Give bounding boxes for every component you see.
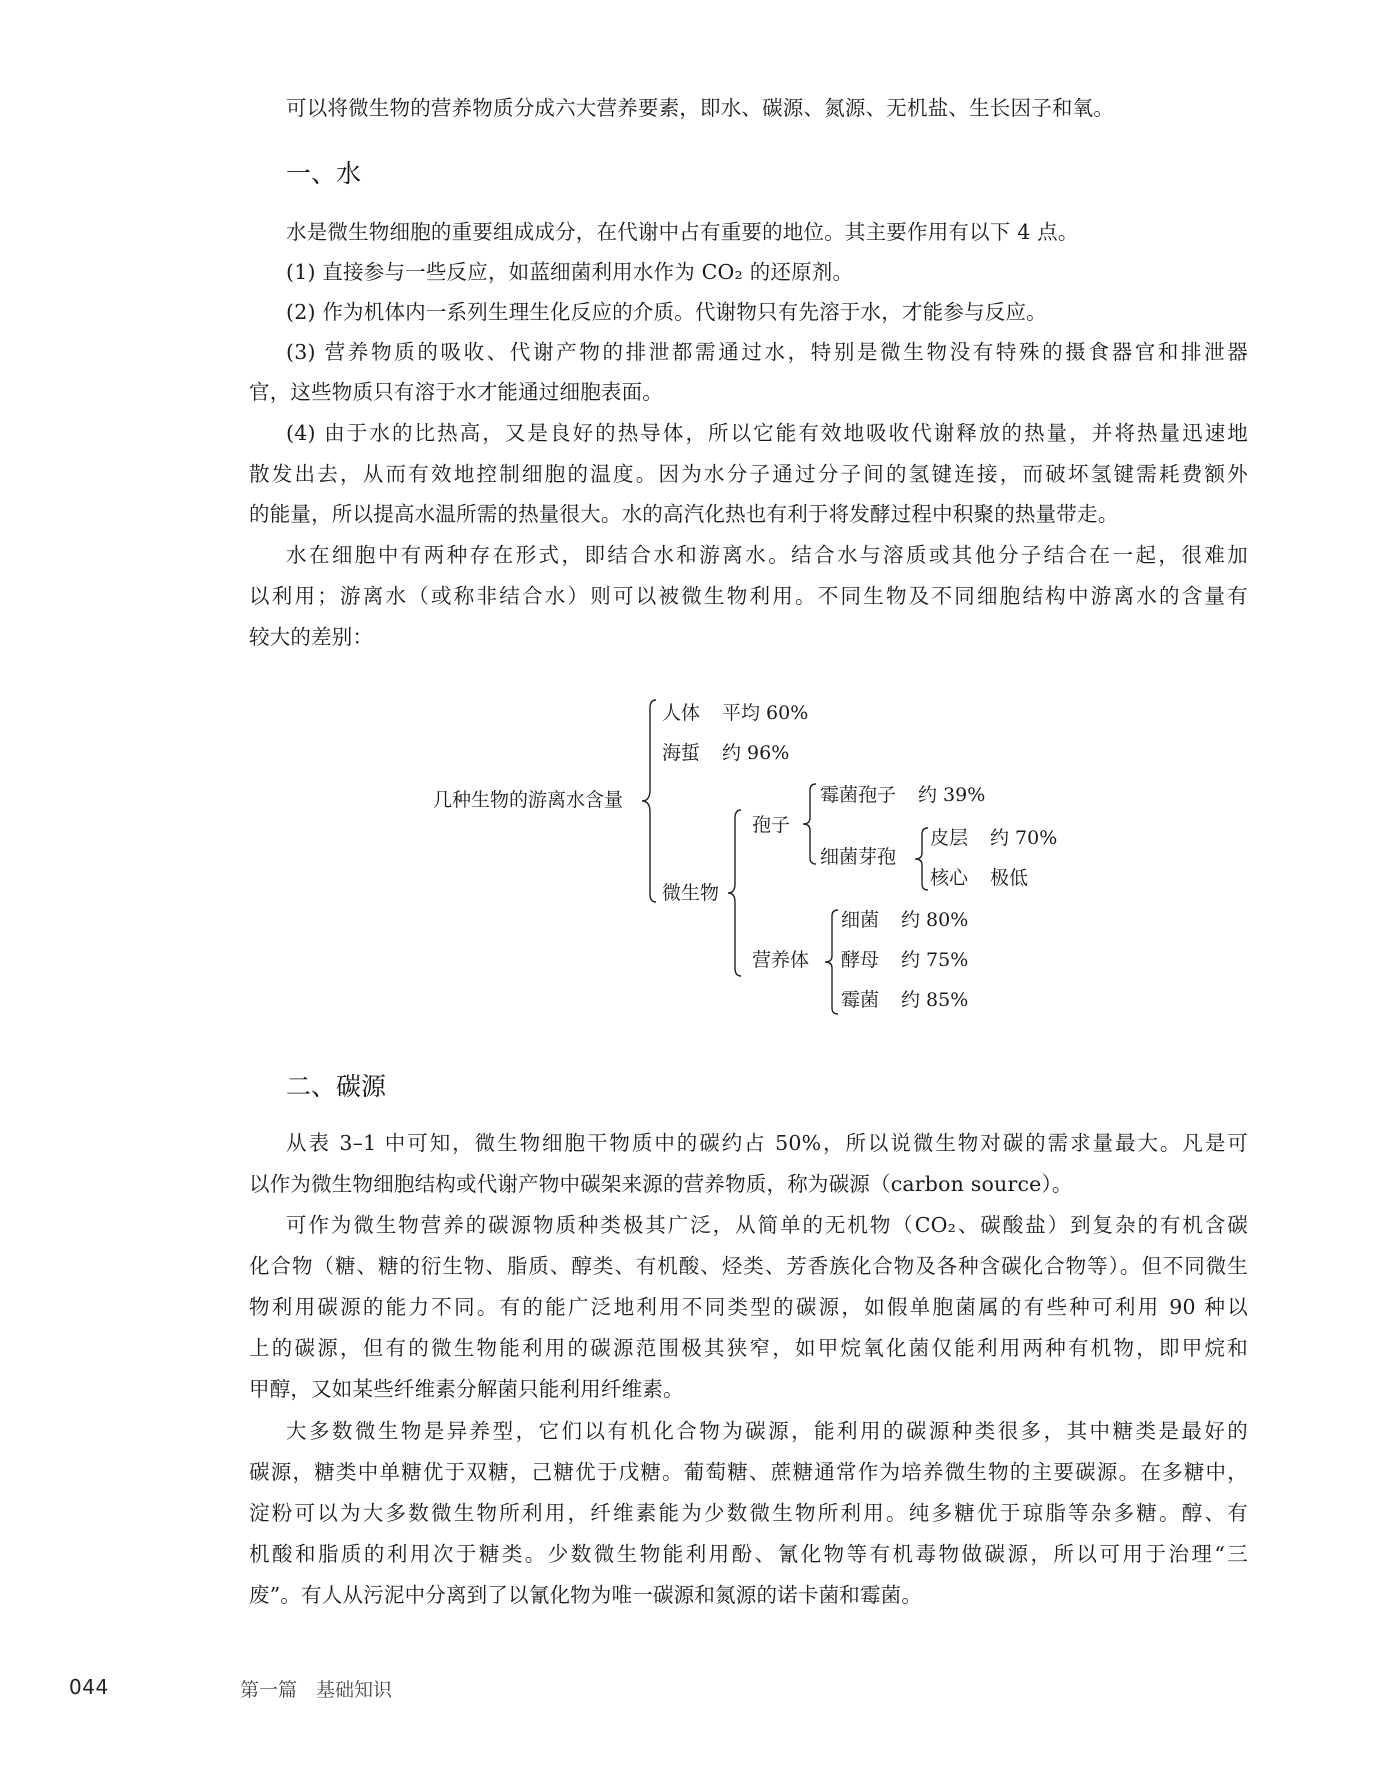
diagram-node-bacterial-spore: 细菌芽孢 (820, 845, 896, 869)
paragraph-line: 上的碳源，但有的微生物能利用的碳源范围极其狭窄，如甲烷氧化菌仅能利用两种有机物，… (249, 1334, 1248, 1362)
page-number: 044 (69, 1675, 109, 1699)
diagram-node-human: 人体平均 60% (662, 701, 808, 725)
diagram-node-mold: 霉菌约 85% (841, 988, 968, 1012)
paragraph-line: 物利用碳源的能力不同。有的能广泛地利用不同类型的碳源，如假单胞菌属的有些种可利用… (249, 1293, 1248, 1321)
paragraph-line: 水是微生物细胞的重要组成成分，在代谢中占有重要的地位。其主要作用有以下 4 点。 (286, 218, 1248, 246)
diagram-node-spore: 孢子 (752, 813, 790, 837)
running-footer-title: 第一篇 基础知识 (240, 1675, 392, 1702)
diagram-node-microbe: 微生物 (662, 881, 719, 905)
list-item-4-cont: 散发出去，从而有效地控制细胞的温度。因为水分子通过分子间的氢键连接，而破坏氢键需… (249, 460, 1248, 488)
paragraph-line: 从表 3–1 中可知，微生物细胞干物质中的碳约占 50%，所以说微生物对碳的需求… (286, 1129, 1248, 1157)
diagram-node-bacteria: 细菌约 80% (841, 908, 968, 932)
paragraph-line: 大多数微生物是异养型，它们以有机化合物为碳源，能利用的碳源种类很多，其中糖类是最… (286, 1417, 1248, 1445)
list-item-2: (2) 作为机体内一系列生理生化反应的介质。代谢物只有先溶于水，才能参与反应。 (286, 298, 1248, 326)
paragraph-line: 甲醇，又如某些纤维素分解菌只能利用纤维素。 (249, 1375, 1248, 1403)
brace-icon (822, 908, 842, 1016)
brace-icon (638, 698, 660, 904)
paragraph-line: 可作为微生物营养的碳源物质种类极其广泛，从简单的无机物（CO₂、碳酸盐）到复杂的… (286, 1211, 1248, 1239)
paragraph-line: 碳源，糖类中单糖优于双糖，己糖优于戊糖。葡萄糖、蔗糖通常作为培养微生物的主要碳源… (249, 1458, 1248, 1486)
brace-icon (912, 826, 932, 892)
diagram-root: 几种生物的游离水含量 (433, 788, 623, 812)
list-item-4-cont: 的能量，所以提高水温所需的热量很大。水的高汽化热也有利于将发酵过程中积聚的热量带… (249, 500, 1248, 528)
list-item-3-cont: 官，这些物质只有溶于水才能通过细胞表面。 (249, 378, 1248, 406)
intro-paragraph: 可以将微生物的营养物质分成六大营养要素，即水、碳源、氮源、无机盐、生长因子和氧。 (286, 94, 1248, 122)
paragraph-line: 以作为微生物细胞结构或代谢产物中碳架来源的营养物质，称为碳源（carbon so… (249, 1170, 1248, 1198)
diagram-node-yeast: 酵母约 75% (841, 948, 968, 972)
brace-icon (800, 782, 820, 866)
diagram-node-mold-spore: 霉菌孢子约 39% (820, 783, 985, 807)
diagram-node-vegetative: 营养体 (752, 948, 809, 972)
paragraph-line: 较大的差别： (249, 623, 1248, 651)
paragraph-line: 水在细胞中有两种存在形式，即结合水和游离水。结合水与溶质或其他分子结合在一起，很… (286, 541, 1248, 569)
diagram-node-cortex: 皮层约 70% (930, 826, 1057, 850)
list-item-1: (1) 直接参与一些反应，如蓝细菌利用水作为 CO₂ 的还原剂。 (286, 258, 1248, 286)
brace-icon (725, 808, 745, 978)
diagram-node-core: 核心极低 (930, 866, 1028, 890)
list-item-3: (3) 营养物质的吸收、代谢产物的排泄都需通过水，特别是微生物没有特殊的摄食器官… (286, 338, 1248, 366)
paragraph-line: 机酸和脂质的利用次于糖类。少数微生物能利用酚、氰化物等有机毒物做碳源，所以可用于… (249, 1540, 1248, 1568)
paragraph-line: 淀粉可以为大多数微生物所利用，纤维素能为少数微生物所利用。纯多糖优于琼脂等杂多糖… (249, 1499, 1248, 1527)
paragraph-line: 废”。有人从污泥中分离到了以氰化物为唯一碳源和氮源的诺卡菌和霉菌。 (249, 1581, 1248, 1609)
paragraph-line: 以利用；游离水（或称非结合水）则可以被微生物利用。不同生物及不同细胞结构中游离水… (249, 582, 1248, 610)
section-heading-carbon: 二、碳源 (286, 1071, 386, 1103)
list-item-4: (4) 由于水的比热高，又是良好的热导体，所以它能有效地吸收代谢释放的热量，并将… (286, 419, 1248, 447)
paragraph-line: 化合物（糖、糖的衍生物、脂质、醇类、有机酸、烃类、芳香族化合物及各种含碳化合物等… (249, 1252, 1248, 1280)
section-heading-water: 一、水 (286, 158, 361, 190)
diagram-node-jellyfish: 海蜇约 96% (662, 741, 789, 765)
